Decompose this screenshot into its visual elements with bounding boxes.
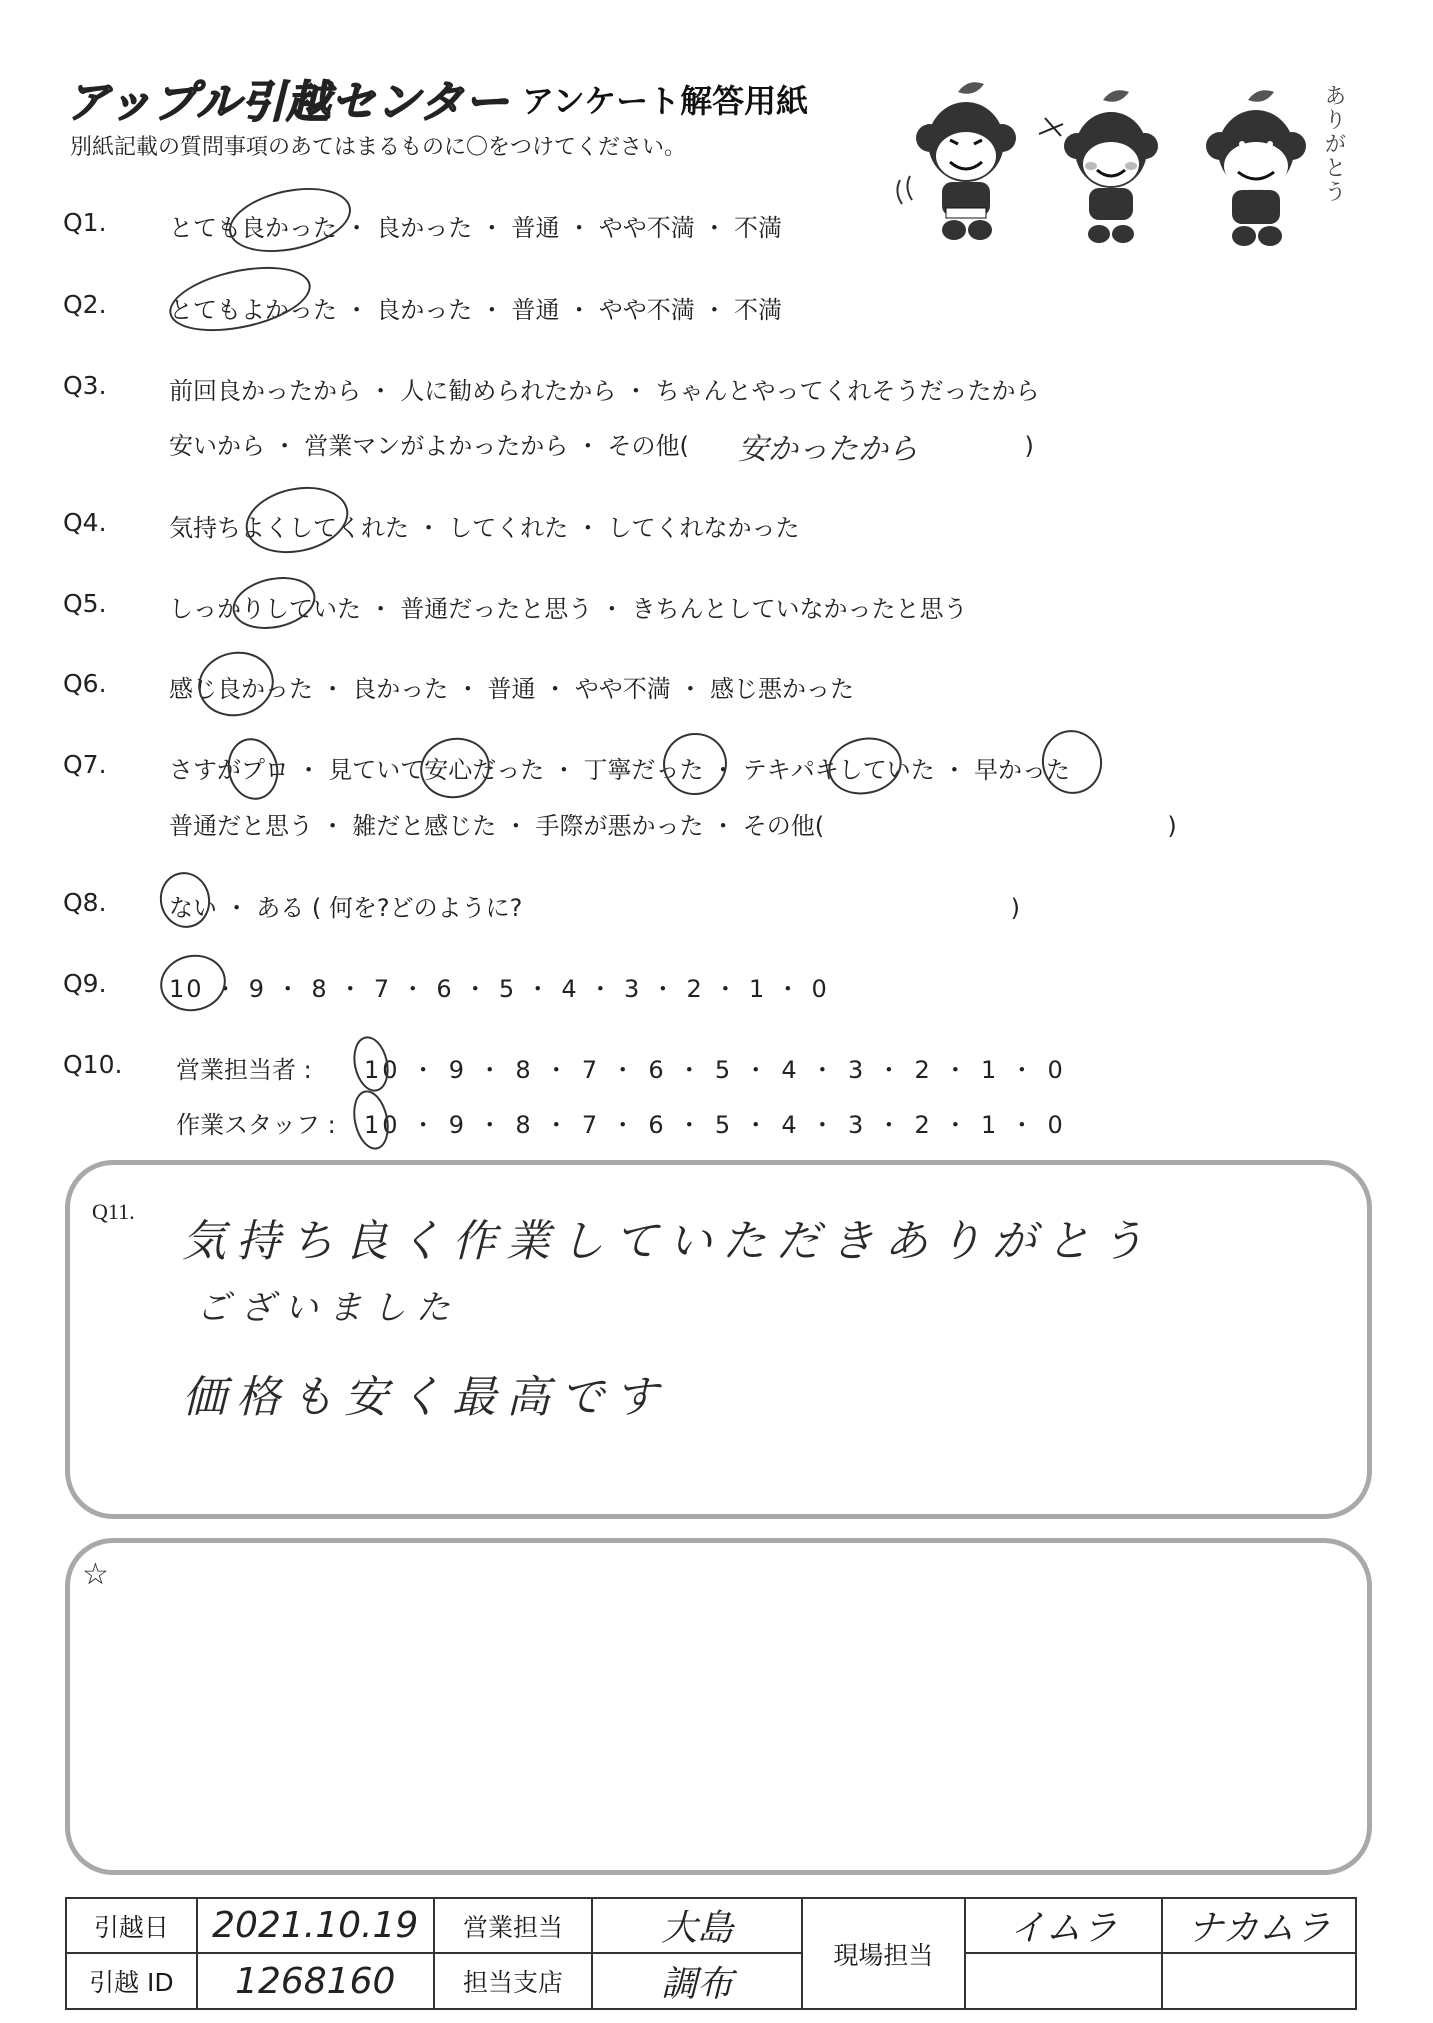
q3-label: Q3. — [63, 371, 107, 400]
site-staff-label: 現場担当 — [802, 1898, 965, 2009]
q11-handwritten-line3: 価格も安く最高です — [182, 1361, 668, 1425]
move-info-table: 引越日 2021.10.19 営業担当 大島 現場担当 イムラ ナカムラ 引越 … — [65, 1897, 1357, 2010]
sales-rep-value[interactable]: 大島 — [592, 1898, 802, 1953]
q5-label: Q5. — [63, 589, 107, 618]
move-id-value[interactable]: 1268160 — [197, 1953, 434, 2009]
form-title: アンケート解答用紙 — [522, 76, 808, 122]
q1-label: Q1. — [63, 208, 107, 237]
monkey-mascot-smiling — [1206, 90, 1306, 246]
move-date-value[interactable]: 2021.10.19 — [197, 1898, 434, 1953]
company-name: アップル引越センター — [66, 66, 509, 130]
answer-circle-mark — [222, 733, 284, 804]
answer-circle-mark — [823, 731, 907, 801]
mascot-illustration — [890, 70, 1340, 250]
star-icon: ☆ — [82, 1557, 109, 1592]
q11-handwritten-line1: 気持ち良く作業していただきありがとう — [182, 1205, 1154, 1269]
monkey-mascots-icon — [890, 70, 1340, 250]
q2-label: Q2. — [63, 290, 107, 319]
q10-sales-scale[interactable]: 10 ・ 9 ・ 8 ・ 7 ・ 6 ・ 5 ・ 4 ・ 3 ・ 2 ・ 1 ・… — [364, 1050, 1066, 1085]
site-staff-1[interactable]: イムラ — [965, 1898, 1163, 1953]
q7-label: Q7. — [63, 750, 107, 779]
q10-staff-label: 作業スタッフ : — [176, 1105, 336, 1140]
site-staff-2[interactable]: ナカムラ — [1162, 1898, 1356, 1953]
branch-value[interactable]: 調布 — [592, 1953, 802, 2009]
q7-options-line2[interactable]: 普通だと思う ・ 雑だと感じた ・ 手際が悪かった ・ その他( ) — [169, 806, 1177, 841]
answer-circle-mark — [155, 949, 231, 1017]
q8-label: Q8. — [63, 888, 107, 917]
q7-options-line1[interactable]: さすがプロ ・ 見ていて安心だった ・ 丁寧だった ・ テキパキしていた ・ 早… — [169, 750, 1070, 785]
q3-options-line1[interactable]: 前回良かったから ・ 人に勧められたから ・ ちゃんとやってくれそうだったから — [169, 371, 1040, 406]
answer-circle-mark — [348, 1087, 394, 1153]
answer-circle-mark — [239, 478, 354, 562]
q8-options[interactable]: ない ・ ある ( 何を?どのように? ) — [169, 888, 1020, 923]
move-date-label: 引越日 — [66, 1898, 197, 1953]
answer-circle-mark — [1036, 724, 1108, 799]
q4-label: Q4. — [63, 508, 107, 537]
q10-sales-label: 営業担当者 : — [176, 1050, 312, 1085]
q11-comment-box[interactable]: Q11. 気持ち良く作業していただきありがとう ございました 価格も安く最高です — [65, 1160, 1372, 1519]
site-staff-3[interactable] — [965, 1953, 1163, 2009]
branch-label: 担当支店 — [434, 1953, 593, 2009]
answer-circle-mark — [228, 570, 321, 636]
answer-circle-mark — [415, 731, 496, 804]
q9-label: Q9. — [63, 969, 107, 998]
q10-label: Q10. — [63, 1050, 122, 1079]
move-id-label: 引越 ID — [66, 1953, 197, 2009]
sales-rep-label: 営業担当 — [434, 1898, 593, 1953]
notes-box[interactable]: ☆ — [65, 1538, 1372, 1875]
monkey-mascot-happy — [1039, 90, 1158, 243]
answer-circle-mark — [657, 727, 732, 801]
site-staff-4[interactable] — [1162, 1953, 1356, 2009]
q11-label: Q11. — [92, 1199, 135, 1225]
q6-label: Q6. — [63, 669, 107, 698]
monkey-mascot-winking — [897, 82, 1016, 240]
instruction-text: 別紙記載の質問事項のあてはまるものに〇をつけてください。 — [70, 130, 686, 161]
answer-circle-mark — [192, 645, 280, 723]
answer-circle-mark — [349, 1033, 394, 1095]
mascot-caption: ありがとう — [1318, 84, 1349, 204]
answer-circle-mark — [164, 256, 317, 343]
q11-handwritten-line2: ございました — [196, 1280, 460, 1329]
q3-other-handwritten: 安かったから — [738, 424, 918, 468]
q10-staff-scale[interactable]: 10 ・ 9 ・ 8 ・ 7 ・ 6 ・ 5 ・ 4 ・ 3 ・ 2 ・ 1 ・… — [364, 1105, 1066, 1140]
q9-scale[interactable]: 10 ・ 9 ・ 8 ・ 7 ・ 6 ・ 5 ・ 4 ・ 3 ・ 2 ・ 1 ・… — [169, 969, 829, 1004]
answer-circle-mark — [223, 178, 357, 262]
